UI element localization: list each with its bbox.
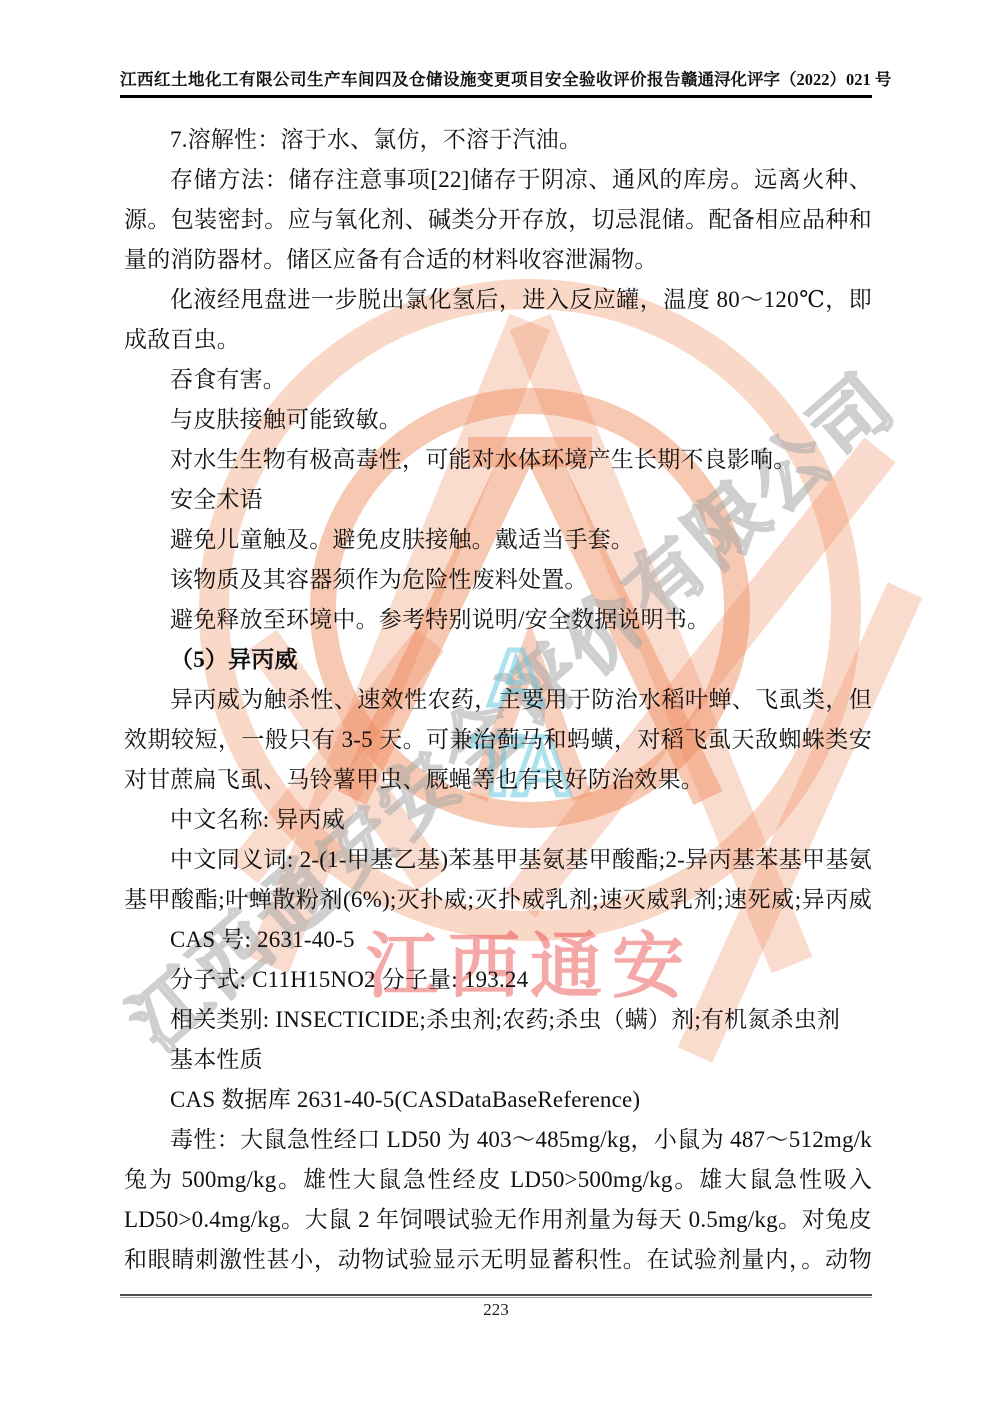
text-line: 对甘蔗扁飞虱、马铃薯甲虫、厩蝇等也有良好防治效果。 (124, 760, 872, 800)
document-page: 江西通安安全评价有限公司 A TA 江西通安 江西红土地化工有限公司生产车间四及… (0, 0, 992, 1403)
text-line: （5）异丙威 (124, 640, 872, 680)
text-line: 基本性质 (124, 1040, 872, 1080)
text-line: 兔为 500mg/kg。雄性大鼠急性经皮 LD50>500mg/kg。雄大鼠急性… (124, 1160, 872, 1200)
text-line: 该物质及其容器须作为危险性废料处置。 (124, 560, 872, 600)
text-line: 异丙威为触杀性、速效性农药，主要用于防治水稻叶蝉、飞虱类，但残 (170, 680, 872, 720)
text-line: 化液经甩盘进一步脱出氯化氢后，进入反应罐，温度 80～120℃，即生 (170, 280, 872, 320)
report-title: 江西红土地化工有限公司生产车间四及仓储设施变更项目安全验收评价报告 (120, 66, 681, 90)
text-line: 避免儿童触及。避免皮肤接触。戴适当手套。 (124, 520, 872, 560)
text-line: CAS 数据库 2631-40-5(CASDataBaseReference) (124, 1080, 872, 1120)
footer-rule (120, 1294, 872, 1296)
document-body: 7.溶解性：溶于水、氯仿，不溶于汽油。存储方法：储存注意事项[22]储存于阴凉、… (124, 120, 872, 1280)
text-line: 效期较短，一般只有 3-5 天。可兼治蓟马和蚂蟥，对稻飞虱天敌蜘蛛类安全。 (124, 720, 872, 760)
text-line: 避免释放至环境中。参考特别说明/安全数据说明书。 (124, 600, 872, 640)
text-line: 安全术语 (124, 480, 872, 520)
text-line: 基甲酸酯;叶蝉散粉剂(6%);灭扑威;灭扑威乳剂;速灭威乳剂;速死威;异丙威 (124, 880, 872, 920)
document-number: 赣通浔化评字（2022）021 号 (681, 66, 891, 90)
text-line: 和眼睛刺激性甚小，动物试验显示无明显蓄积性。在试验剂量内，。动物无 (124, 1240, 872, 1280)
text-line: 7.溶解性：溶于水、氯仿，不溶于汽油。 (124, 120, 872, 160)
text-line: 存储方法：储存注意事项[22]储存于阴凉、通风的库房。远离火种、热 (170, 160, 872, 200)
text-line: 中文同义词: 2-(1-甲基乙基)苯基甲基氨基甲酸酯;2-异丙基苯基甲基氨 (170, 840, 872, 880)
page-header: 江西红土地化工有限公司生产车间四及仓储设施变更项目安全验收评价报告 赣通浔化评字… (120, 66, 872, 98)
text-line: 与皮肤接触可能致敏。 (124, 400, 872, 440)
text-line: 成敌百虫。 (124, 320, 872, 360)
page-number: 223 (0, 1300, 992, 1320)
text-line: 对水生生物有极高毒性，可能对水体环境产生长期不良影响。 (124, 440, 872, 480)
text-line: 中文名称: 异丙威 (124, 800, 872, 840)
text-line: 量的消防器材。储区应备有合适的材料收容泄漏物。 (124, 240, 872, 280)
text-line: CAS 号: 2631-40-5 (124, 920, 872, 960)
text-line: 相关类别: INSECTICIDE;杀虫剂;农药;杀虫（螨）剂;有机氮杀虫剂 (124, 1000, 872, 1040)
text-line: LD50>0.4mg/kg。大鼠 2 年饲喂试验无作用剂量为每天 0.5mg/k… (124, 1200, 872, 1240)
text-line: 吞食有害。 (124, 360, 872, 400)
text-line: 分子式: C11H15NO2 分子量: 193.24 (124, 960, 872, 1000)
text-line: 源。包装密封。应与氧化剂、碱类分开存放，切忌混储。配备相应品种和数 (124, 200, 872, 240)
text-line: 毒性：大鼠急性经口 LD50 为 403～485mg/kg，小鼠为 487～51… (170, 1120, 872, 1160)
footer-rule-shadow (120, 1297, 872, 1298)
